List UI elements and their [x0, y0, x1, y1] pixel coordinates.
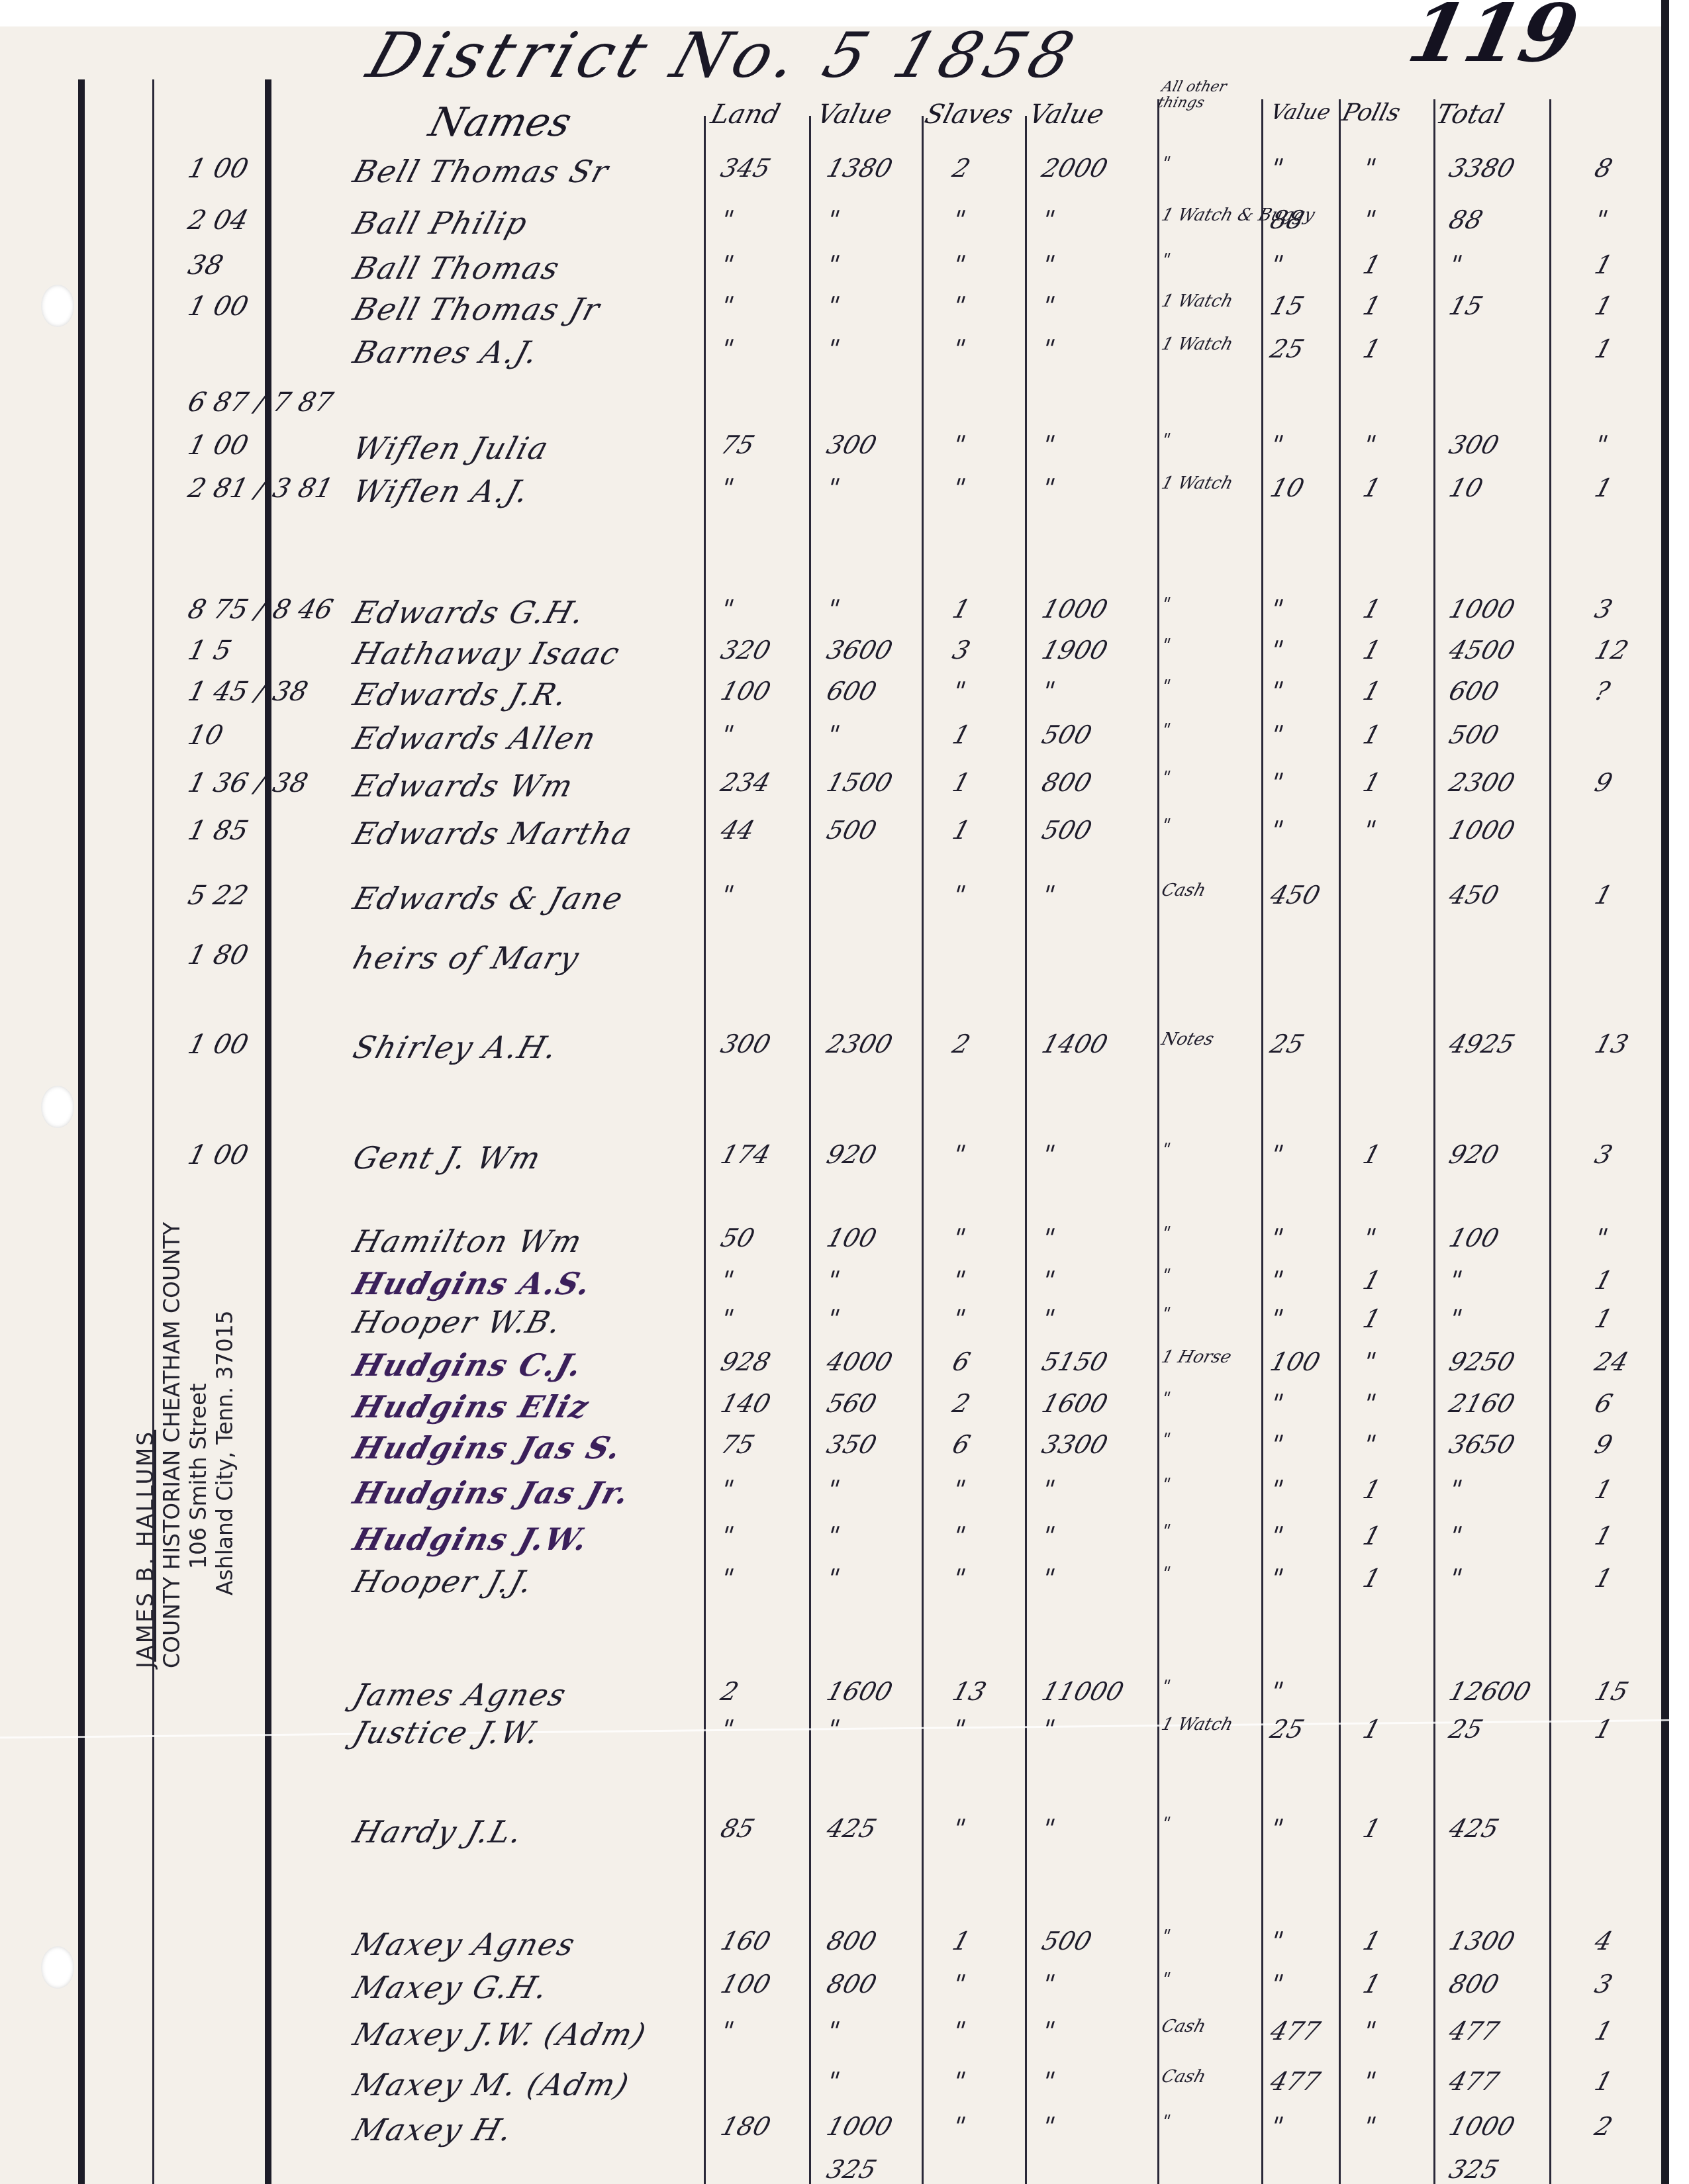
cell-margin: 2 81 / 3 81: [185, 473, 336, 504]
cell-land-value: 800: [824, 1970, 880, 1999]
cell-land-value: 100: [824, 1223, 880, 1253]
cell-name: Edwards G.H.: [349, 594, 589, 630]
cell-land-value: 4000: [824, 1347, 896, 1376]
cell-other: 1 Watch: [1159, 1715, 1235, 1734]
col-rule-other: [1157, 99, 1159, 2184]
cell-total: 300: [1446, 430, 1502, 459]
col-rule-land: [704, 116, 706, 2184]
cell-slave-value: 500: [1039, 1926, 1095, 1956]
cell-name: Hathaway Isaac: [349, 636, 624, 671]
stamp-title: COUNTY HISTORIAN CHEATHAM COUNTY: [159, 1222, 185, 1668]
cell-total: 9250: [1446, 1347, 1518, 1376]
cell-total: 3380: [1446, 154, 1518, 183]
cell-name: Hudgins C.J.: [349, 1347, 587, 1383]
cell-land: 140: [718, 1389, 774, 1418]
cell-name: Hudgins A.S.: [349, 1266, 596, 1302]
cell-slave-value: 2000: [1039, 154, 1111, 183]
header-slaves: Slaves: [922, 99, 1016, 130]
cell-name: Edwards Wm: [349, 768, 578, 804]
cell-other: Cash: [1159, 2067, 1208, 2087]
cell-margin: 1 45 / 38: [185, 677, 311, 707]
cell-other-value: 477: [1267, 2067, 1324, 2096]
cell-name: Maxey Agnes: [349, 1926, 580, 1962]
cell-land-value: 425: [824, 1814, 880, 1843]
cell-name: Justice J.W.: [349, 1715, 544, 1750]
cell-land-value: 1380: [824, 154, 896, 183]
cell-total: 4925: [1446, 1029, 1518, 1059]
cell-margin: 1 85: [185, 816, 252, 846]
cell-name: Maxey H.: [349, 2112, 518, 2148]
cell-total: 4500: [1446, 636, 1518, 665]
cell-total: 2160: [1446, 1389, 1518, 1418]
cell-total: 2300: [1446, 768, 1518, 797]
cell-other: 1 Watch: [1159, 473, 1235, 493]
cell-other-value: 477: [1267, 2017, 1324, 2046]
cell-land-value: 1600: [824, 1677, 896, 1706]
cell-total: 477: [1446, 2067, 1502, 2096]
cell-other-value: 450: [1267, 880, 1324, 910]
header-land-value: Value: [814, 99, 896, 130]
cell-land: 345: [718, 154, 774, 183]
cell-slave-value: 1400: [1039, 1029, 1111, 1059]
cell-name: Hooper J.J.: [349, 1564, 538, 1599]
cell-slave-value: 500: [1039, 816, 1095, 845]
cell-total: 1000: [1446, 816, 1518, 845]
cell-name: Hudgins Jas Jr.: [349, 1475, 634, 1511]
cell-total: 325: [1446, 2155, 1502, 2184]
page-right-border: [1661, 0, 1669, 2184]
page-number: 119: [1400, 0, 1586, 80]
header-other-value: Value: [1268, 99, 1333, 124]
cell-name: Maxey J.W. (Adm): [349, 2017, 651, 2052]
historian-stamp: JAMES B. HALLUMS COUNTY HISTORIAN CHEATH…: [132, 1222, 238, 1668]
col-rule-slave-value: [1025, 116, 1027, 2184]
cell-land: 234: [718, 768, 774, 797]
cell-margin: 1 00: [185, 1029, 252, 1060]
cell-name: Edwards Martha: [349, 816, 637, 851]
header-total: Total: [1433, 99, 1508, 130]
cell-other: 1 Watch: [1159, 334, 1235, 354]
col-rule-tally: [1549, 99, 1551, 2184]
cell-land: 174: [718, 1140, 774, 1169]
cell-total: 500: [1446, 720, 1502, 749]
ledger-page: [0, 26, 1689, 2184]
stamp-street: 106 Smith Street: [185, 1222, 212, 1668]
cell-total: 100: [1446, 1223, 1502, 1253]
cell-margin: 1 80: [185, 940, 252, 971]
cell-margin: 2 04: [185, 205, 252, 236]
cell-margin: 8 75 / 8 46: [185, 594, 336, 625]
cell-other: Cash: [1159, 2017, 1208, 2036]
cell-name: Bell Thomas Sr: [349, 154, 613, 189]
cell-name: Hudgins Jas S.: [349, 1430, 626, 1466]
cell-land-value: 1000: [824, 2112, 896, 2141]
cell-margin: 6 87 / 7 87: [185, 387, 336, 418]
cell-name: Shirley A.H.: [349, 1029, 562, 1065]
cell-slave-value: 500: [1039, 720, 1095, 749]
cell-other: Notes: [1159, 1029, 1216, 1049]
cell-name: James Agnes: [349, 1677, 571, 1713]
scan-right-edge: [1669, 0, 1689, 2184]
cell-slave-value: 5150: [1039, 1347, 1111, 1376]
cell-slave-value: 800: [1039, 768, 1095, 797]
cell-name: heirs of Mary: [349, 940, 584, 976]
margin-outer-rule: [78, 79, 85, 2184]
cell-margin: 1 00: [185, 1140, 252, 1170]
cell-margin: 1 5: [185, 636, 234, 666]
cell-name: Hardy J.L.: [349, 1814, 528, 1850]
cell-land-value: 800: [824, 1926, 880, 1956]
header-polls: Polls: [1339, 99, 1404, 126]
district-title: District No. 5 1858: [359, 20, 1087, 92]
cell-land: 100: [718, 1970, 774, 1999]
cell-name: Edwards & Jane: [349, 880, 628, 916]
col-rule-slaves: [922, 116, 924, 2184]
cell-total: 800: [1446, 1970, 1502, 1999]
cell-land-value: 560: [824, 1389, 880, 1418]
binder-hole-top: [41, 285, 74, 327]
cell-margin: 1 36 / 38: [185, 768, 311, 798]
cell-total: 3650: [1446, 1430, 1518, 1459]
cell-name: Hudgins Eliz: [349, 1389, 594, 1425]
cell-name: Edwards Allen: [349, 720, 601, 756]
stamp-name: JAMES B. HALLUMS: [132, 1222, 159, 1668]
cell-total: 477: [1446, 2017, 1502, 2046]
cell-land-value: 920: [824, 1140, 880, 1169]
cell-land-value: 1500: [824, 768, 896, 797]
cell-total: 920: [1446, 1140, 1502, 1169]
cell-total: 12600: [1446, 1677, 1535, 1706]
cell-name: Bell Thomas Jr: [349, 291, 604, 327]
cell-other: 1 Watch: [1159, 291, 1235, 311]
header-names: Names: [424, 99, 577, 146]
cell-total: 1300: [1446, 1926, 1518, 1956]
margin-inner-rule: [152, 79, 154, 2184]
binder-hole-bottom: [41, 1946, 74, 1989]
cell-land-value: 2300: [824, 1029, 896, 1059]
cell-slave-value: 1900: [1039, 636, 1111, 665]
cell-margin: 1 00: [185, 154, 252, 184]
col-rule-polls: [1339, 99, 1341, 2184]
cell-land-value: 300: [824, 430, 880, 459]
cell-land: 180: [718, 2112, 774, 2141]
cell-name: Maxey M. (Adm): [349, 2067, 634, 2103]
col-rule-land-value: [809, 116, 811, 2184]
cell-total: 600: [1446, 677, 1502, 706]
cell-land-value: 350: [824, 1430, 880, 1459]
header-other-things: All other things: [1156, 79, 1264, 111]
cell-land-value: 600: [824, 677, 880, 706]
cell-slave-value: 3300: [1039, 1430, 1111, 1459]
cell-total: 425: [1446, 1814, 1502, 1843]
cell-name: Hudgins J.W.: [349, 1521, 593, 1557]
header-slave-value: Value: [1026, 99, 1108, 130]
cell-slave-value: 1600: [1039, 1389, 1111, 1418]
cell-other: Cash: [1159, 880, 1208, 900]
cell-name: Hooper W.B.: [349, 1304, 567, 1340]
cell-land: 300: [718, 1029, 774, 1059]
cell-land: 928: [718, 1347, 774, 1376]
binder-hole-middle: [41, 1086, 74, 1128]
cell-name: Ball Philip: [349, 205, 532, 241]
cell-land-value: 325: [824, 2155, 880, 2184]
header-land: Land: [708, 99, 783, 130]
cell-name: Wiflen A.J.: [349, 473, 534, 509]
cell-name: Hamilton Wm: [349, 1223, 587, 1259]
cell-slave-value: 11000: [1039, 1677, 1128, 1706]
cell-margin: 1 00: [185, 430, 252, 461]
cell-name: Wiflen Julia: [349, 430, 554, 466]
col-rule-other-value: [1261, 99, 1263, 2184]
cell-name: Ball Thomas: [349, 250, 564, 286]
cell-margin: 5 22: [185, 880, 252, 911]
cell-total: 1000: [1446, 594, 1518, 624]
cell-land: 320: [718, 636, 774, 665]
cell-name: Gent J. Wm: [349, 1140, 546, 1176]
cell-slave-value: 1000: [1039, 594, 1111, 624]
cell-land: 160: [718, 1926, 774, 1956]
cell-land-value: 3600: [824, 636, 896, 665]
cell-margin: 1 00: [185, 291, 252, 322]
cell-other: 1 Horse: [1159, 1347, 1234, 1367]
cell-name: Edwards J.R.: [349, 677, 573, 712]
cell-land: 100: [718, 677, 774, 706]
cell-name: Maxey G.H.: [349, 1970, 553, 2005]
cell-total: 1000: [1446, 2112, 1518, 2141]
cell-other-value: 100: [1267, 1347, 1324, 1376]
cell-total: 450: [1446, 880, 1502, 910]
stamp-city: Ashland City, Tenn. 37015: [212, 1222, 238, 1668]
cell-land-value: 500: [824, 816, 880, 845]
col-rule-total: [1433, 99, 1435, 2184]
cell-name: Barnes A.J.: [349, 334, 543, 370]
